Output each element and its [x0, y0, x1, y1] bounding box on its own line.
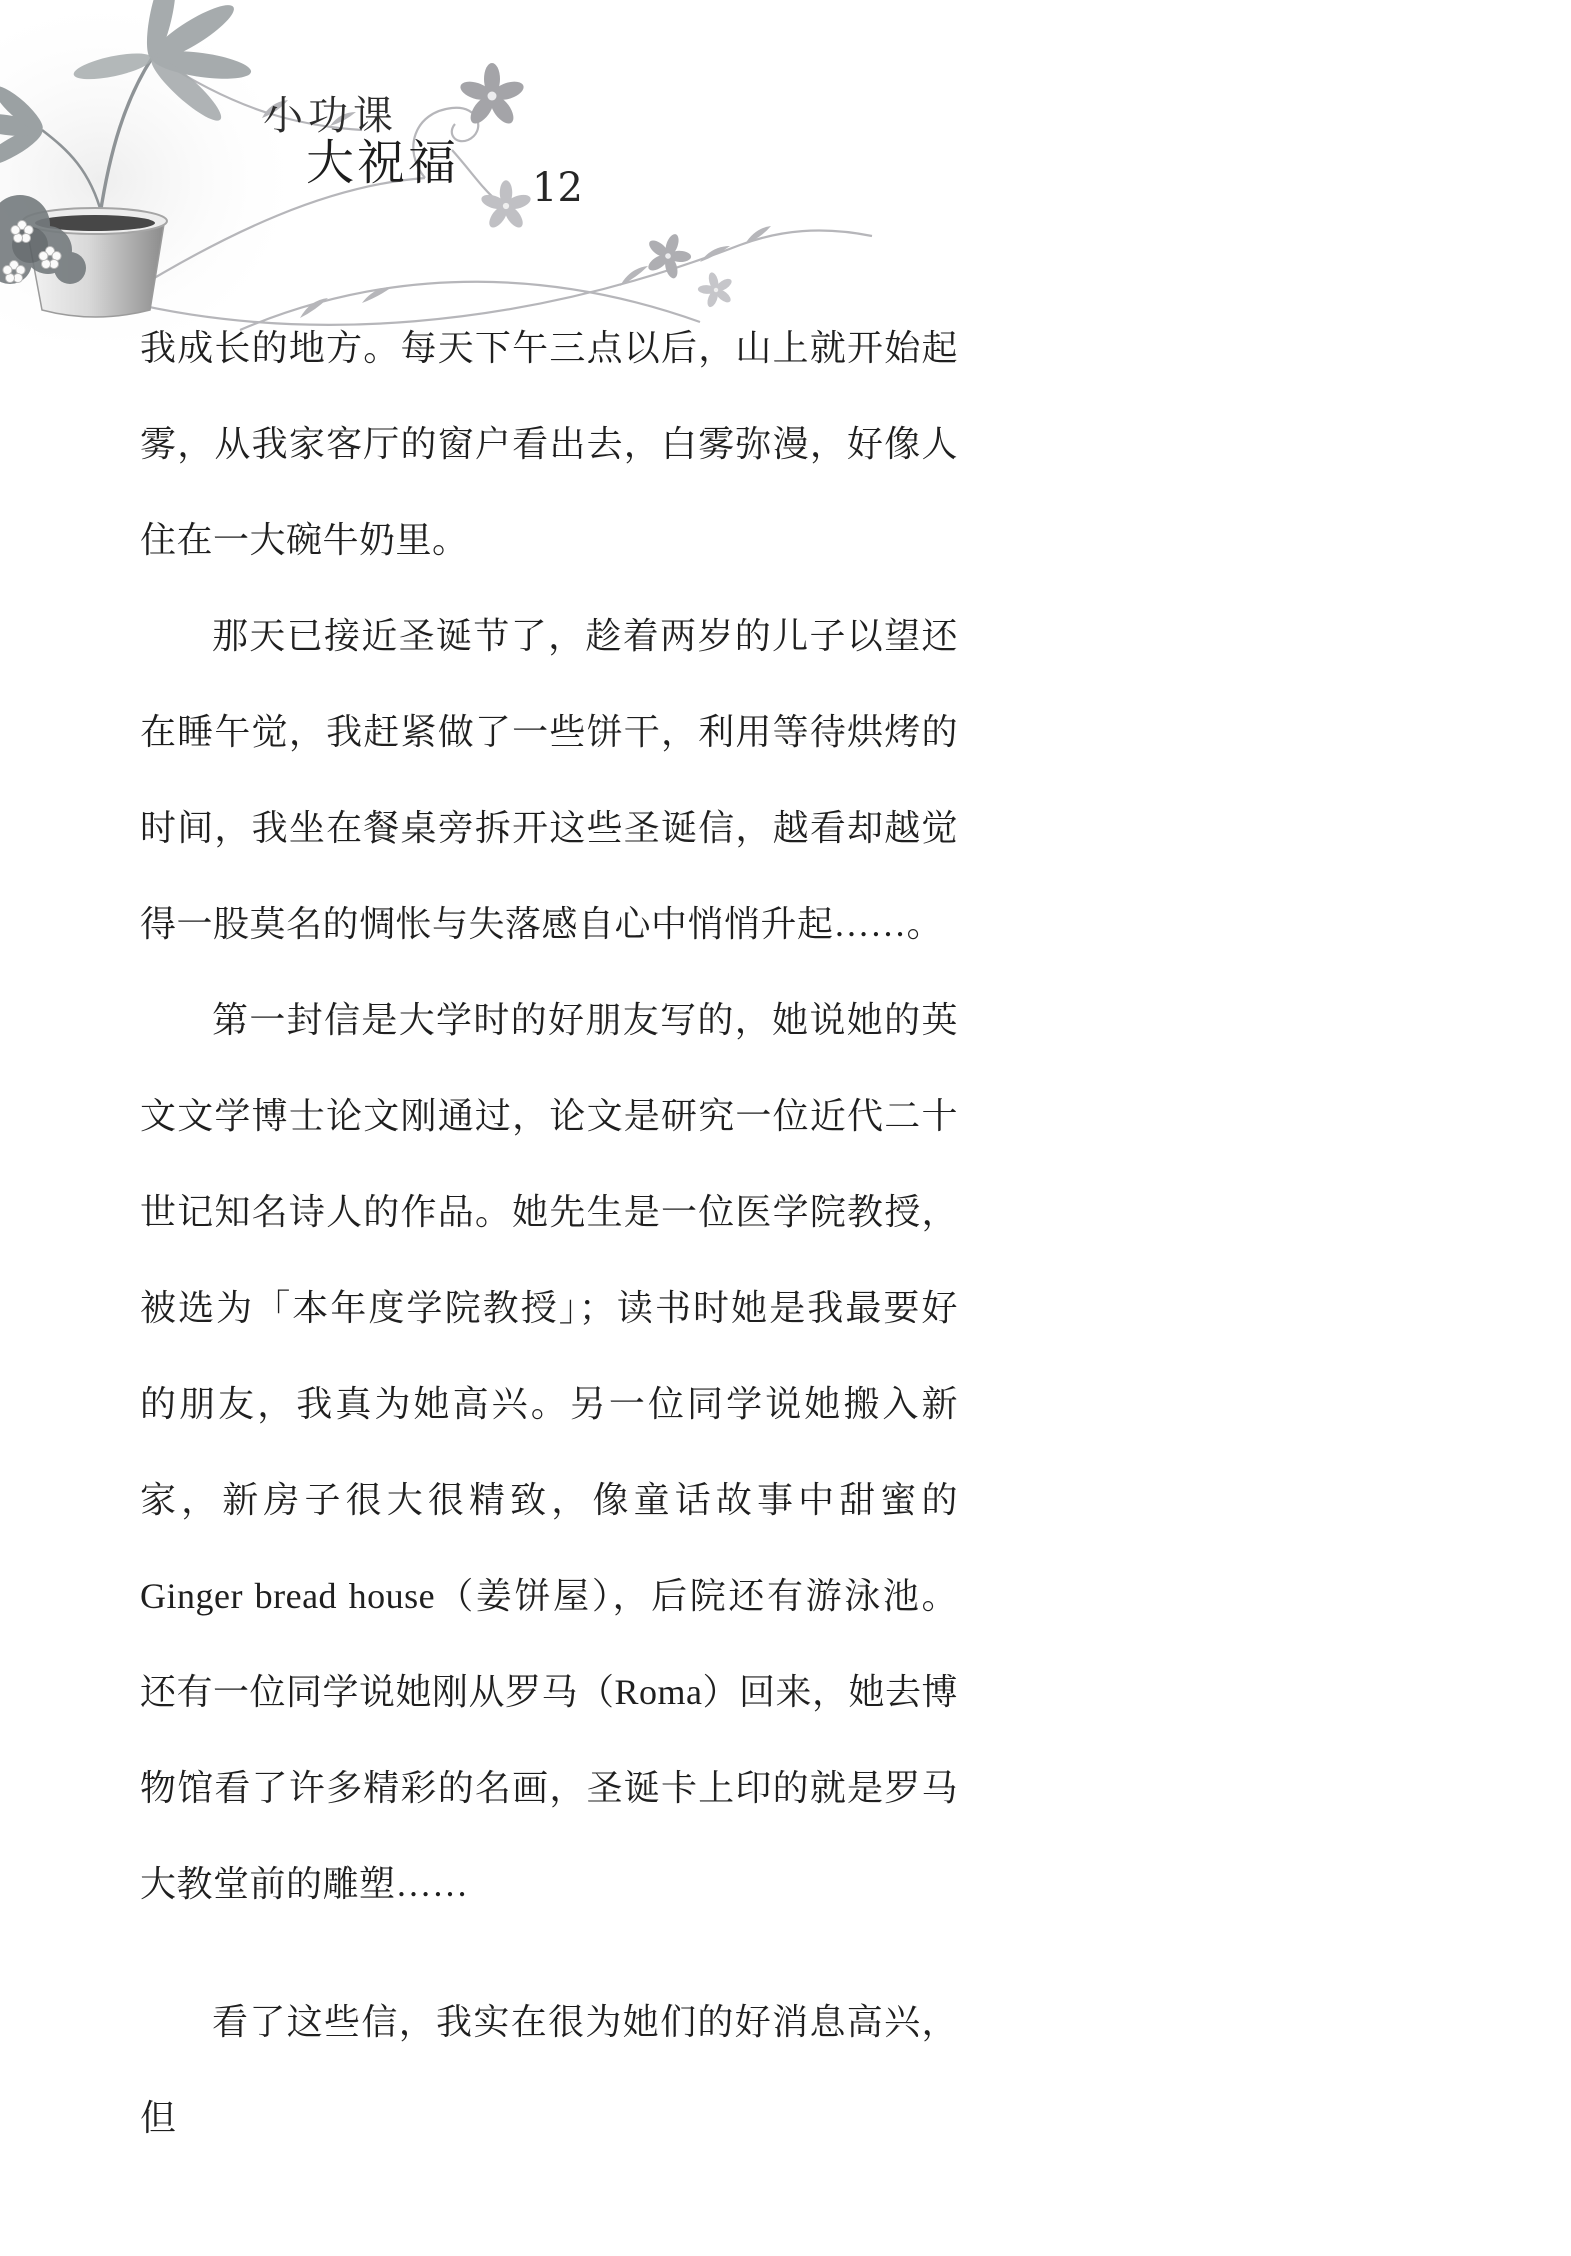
body-paragraph: 第一封信是大学时的好朋友写的，她说她的英文文学博士论文刚通过，论文是研究一位近代…	[140, 972, 958, 1932]
header: 小功课 大祝福 12	[0, 0, 960, 340]
book-title: 大祝福	[306, 140, 459, 188]
body-paragraph: 看了这些信，我实在很为她们的好消息高兴，但	[140, 1974, 958, 2166]
body-text: 我成长的地方。每天下午三点以后，山上就开始起雾，从我家客厅的窗户看出去，白雾弥漫…	[140, 300, 958, 2166]
header-ornament-graphic	[0, 0, 960, 340]
page-number: 12	[532, 168, 583, 208]
book-page: 小功课 大祝福 12 我成长的地方。每天下午三点以后，山上就开始起雾，从我家客厅…	[0, 0, 1571, 2256]
body-paragraph: 那天已接近圣诞节了，趁着两岁的儿子以望还在睡午觉，我赶紧做了一些饼干，利用等待烘…	[140, 588, 958, 972]
vine-flower-mid	[480, 180, 533, 230]
vine-flower-large	[458, 63, 526, 127]
series-title: 小功课	[263, 96, 398, 136]
body-paragraph: 我成长的地方。每天下午三点以后，山上就开始起雾，从我家客厅的窗户看出去，白雾弥漫…	[140, 300, 958, 588]
